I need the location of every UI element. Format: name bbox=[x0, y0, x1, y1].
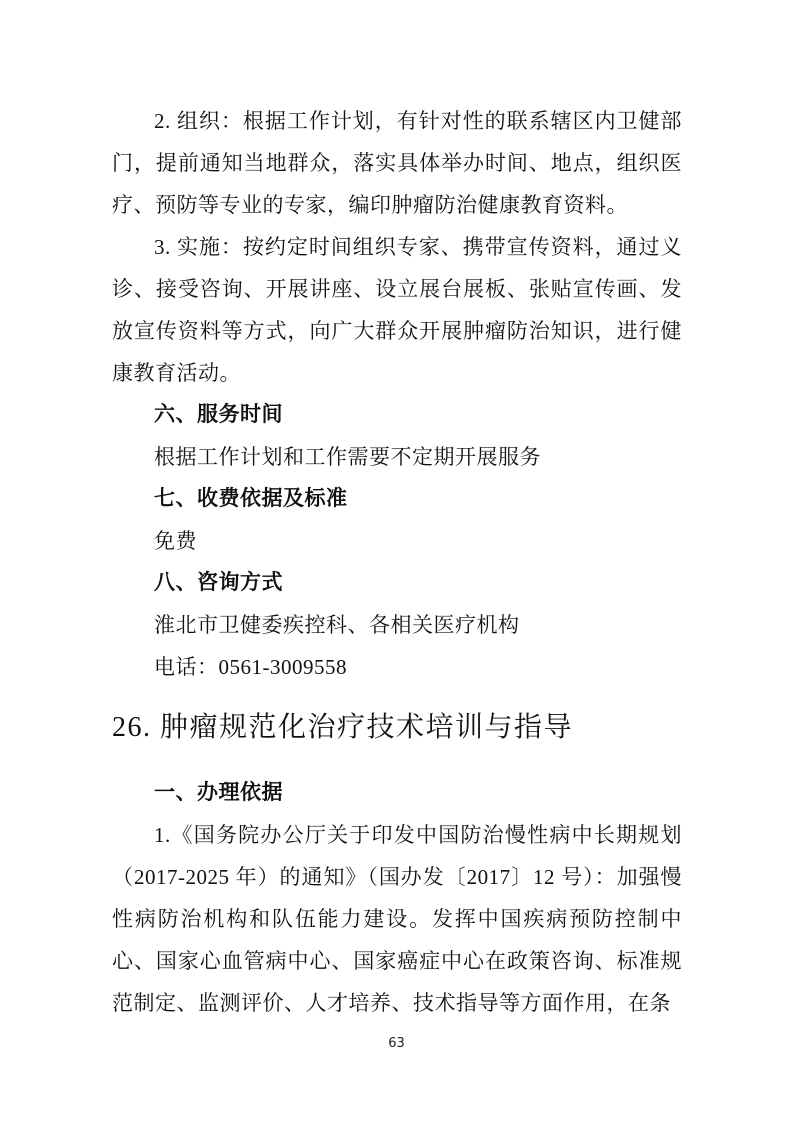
paragraph-organize: 2. 组织：根据工作计划，有针对性的联系辖区内卫健部门，提前通知当地群众，落实具… bbox=[112, 100, 682, 226]
paragraph-implement: 3. 实施：按约定时间组织专家、携带宣传资料，通过义诊、接受咨询、开展讲座、设立… bbox=[112, 226, 682, 394]
text-service-time: 根据工作计划和工作需要不定期开展服务 bbox=[112, 436, 682, 478]
page-content: 2. 组织：根据工作计划，有针对性的联系辖区内卫健部门，提前通知当地群众，落实具… bbox=[112, 100, 682, 1024]
heading-consult-method: 八、咨询方式 bbox=[112, 562, 682, 604]
document-page: 2. 组织：根据工作计划，有针对性的联系辖区内卫健部门，提前通知当地群众，落实具… bbox=[0, 0, 793, 1122]
page-number: 63 bbox=[0, 1036, 793, 1052]
heading-service-time: 六、服务时间 bbox=[112, 394, 682, 436]
text-fee-free: 免费 bbox=[112, 520, 682, 562]
text-consult-org: 淮北市卫健委疾控科、各相关医疗机构 bbox=[112, 604, 682, 646]
heading-handling-basis: 一、办理依据 bbox=[112, 772, 682, 814]
text-consult-phone: 电话：0561-3009558 bbox=[112, 646, 682, 688]
item-26-title: 26. 肿瘤规范化治疗技术培训与指导 bbox=[112, 704, 682, 752]
heading-fee-basis: 七、收费依据及标准 bbox=[112, 478, 682, 520]
paragraph-basis-1: 1.《国务院办公厅关于印发中国防治慢性病中长期规划（2017-2025 年）的通… bbox=[112, 814, 682, 1024]
